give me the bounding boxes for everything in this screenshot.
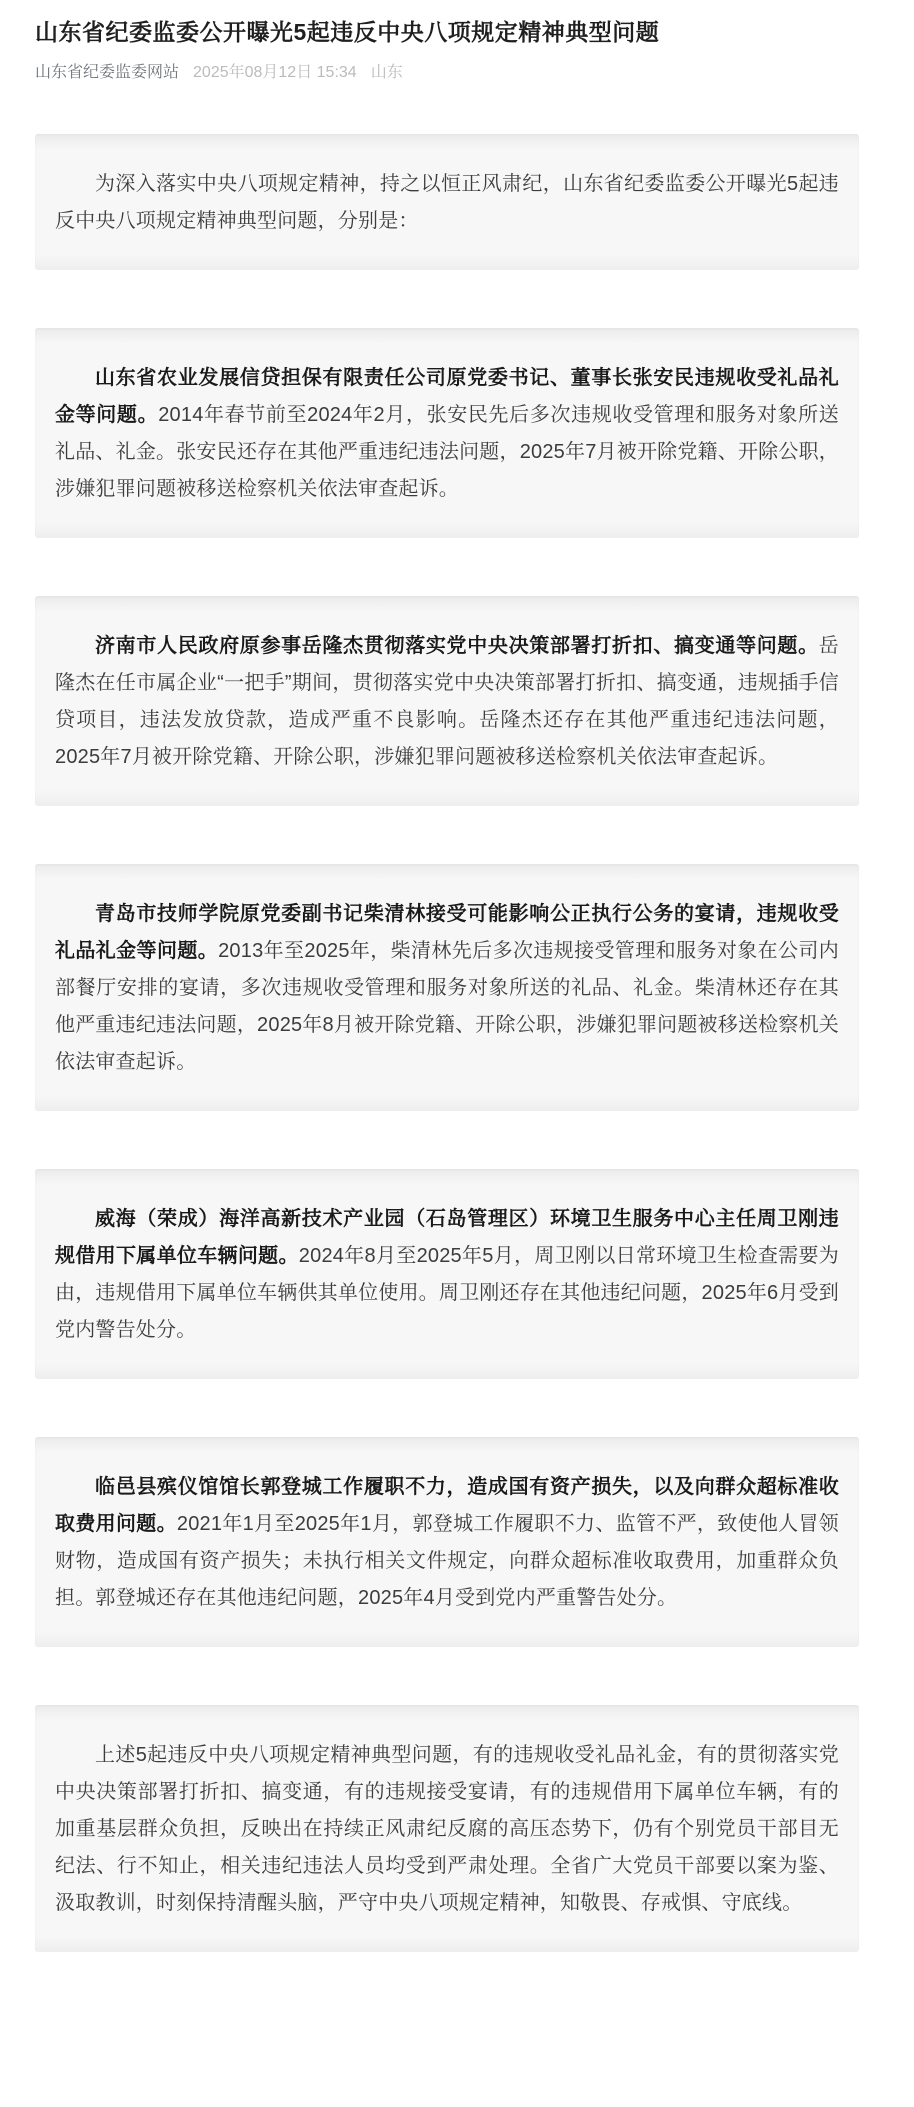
- case-card-4: 威海（荣成）海洋高新技术产业园（石岛管理区）环境卫生服务中心主任周卫刚违规借用下…: [35, 1169, 859, 1379]
- case-paragraph: 山东省农业发展信贷担保有限责任公司原党委书记、董事长张安民违规收受礼品礼金等问题…: [55, 360, 839, 508]
- case-paragraph: 济南市人民政府原参事岳隆杰贯彻落实党中央决策部署打折扣、搞变通等问题。岳隆杰在任…: [55, 628, 839, 776]
- case-body: 2014年春节前至2024年2月，张安民先后多次违规收受管理和服务对象所送礼品、…: [55, 404, 839, 500]
- case-paragraph: 威海（荣成）海洋高新技术产业园（石岛管理区）环境卫生服务中心主任周卫刚违规借用下…: [55, 1201, 839, 1349]
- source-name: 山东省纪委监委网站: [35, 62, 179, 84]
- outro-card: 上述5起违反中央八项规定精神典型问题，有的违规收受礼品礼金，有的贯彻落实党中央决…: [35, 1705, 859, 1952]
- intro-paragraph: 为深入落实中央八项规定精神，持之以恒正风肃纪，山东省纪委监委公开曝光5起违反中央…: [55, 166, 839, 240]
- case-card-2: 济南市人民政府原参事岳隆杰贯彻落实党中央决策部署打折扣、搞变通等问题。岳隆杰在任…: [35, 596, 859, 806]
- case-lead: 济南市人民政府原参事岳隆杰贯彻落实党中央决策部署打折扣、搞变通等问题。: [95, 635, 819, 657]
- page-title: 山东省纪委监委公开曝光5起违反中央八项规定精神典型问题: [35, 16, 858, 48]
- article-page: 山东省纪委监委公开曝光5起违反中央八项规定精神典型问题 山东省纪委监委网站 20…: [0, 0, 914, 2107]
- location-tag: 山东: [371, 62, 403, 84]
- case-paragraph: 青岛市技师学院原党委副书记柴清林接受可能影响公正执行公务的宴请，违规收受礼品礼金…: [55, 896, 839, 1081]
- outro-paragraph: 上述5起违反中央八项规定精神典型问题，有的违规收受礼品礼金，有的贯彻落实党中央决…: [55, 1737, 839, 1922]
- case-card-5: 临邑县殡仪馆馆长郭登城工作履职不力，造成国有资产损失，以及向群众超标准收取费用问…: [35, 1437, 859, 1647]
- case-card-1: 山东省农业发展信贷担保有限责任公司原党委书记、董事长张安民违规收受礼品礼金等问题…: [35, 328, 859, 538]
- intro-card: 为深入落实中央八项规定精神，持之以恒正风肃纪，山东省纪委监委公开曝光5起违反中央…: [35, 134, 859, 270]
- case-paragraph: 临邑县殡仪馆馆长郭登城工作履职不力，造成国有资产损失，以及向群众超标准收取费用问…: [55, 1469, 839, 1617]
- article-body: 为深入落实中央八项规定精神，持之以恒正风肃纪，山东省纪委监委公开曝光5起违反中央…: [0, 134, 914, 1952]
- article-meta: 山东省纪委监委网站 2025年08月12日 15:34 山东: [35, 62, 858, 84]
- article-header: 山东省纪委监委公开曝光5起违反中央八项规定精神典型问题 山东省纪委监委网站 20…: [0, 0, 914, 84]
- case-card-3: 青岛市技师学院原党委副书记柴清林接受可能影响公正执行公务的宴请，违规收受礼品礼金…: [35, 864, 859, 1111]
- publish-datetime: 2025年08月12日 15:34: [193, 62, 357, 84]
